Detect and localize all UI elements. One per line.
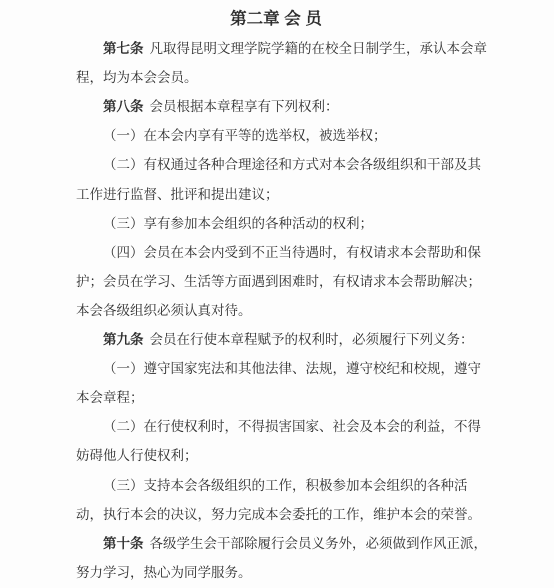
article-8-line1: 第八条会员根据本章程享有下列权利： [76, 92, 476, 121]
article-10-line1: 第十条各级学生会干部除履行会员义务外，必须做到作风正派， [76, 529, 476, 558]
article-8-item-4-line3: 本会各级组织必须认真对待。 [76, 296, 476, 325]
article-9-item-2-line2: 妨碍他人行使权利； [76, 441, 476, 470]
article-9-line1-text: 会员在行使本章程赋予的权利时，必须履行下列义务： [150, 332, 474, 347]
article-8-item-4-line1: （四）会员在本会内受到不正当待遇时，有权请求本会帮助和保 [76, 238, 476, 267]
document-page: 第二章 会 员 第七条凡取得昆明文理学院学籍的在校全日制学生，承认本会章 程，均… [0, 0, 554, 587]
article-8-item-4-line2: 护；会员在学习、生活等方面遇到困难时，有权请求本会帮助解决； [76, 267, 476, 296]
article-9-line1: 第九条会员在行使本章程赋予的权利时，必须履行下列义务： [76, 325, 476, 354]
article-9-item-1-line2: 本会章程； [76, 383, 476, 412]
article-8-number-label: 第八条 [103, 99, 150, 114]
article-9-item-3-line2: 动，执行本会的决议，努力完成本会委托的工作，维护本会的荣誉。 [76, 500, 476, 529]
chapter-heading: 第二章 会 员 [76, 5, 476, 34]
article-7-line2: 程，均为本会会员。 [76, 63, 476, 92]
article-7-number-label: 第七条 [103, 41, 150, 56]
article-7-line1-text: 凡取得昆明文理学院学籍的在校全日制学生，承认本会章 [150, 41, 488, 56]
article-10-number-label: 第十条 [103, 536, 150, 551]
article-9-item-1-line1: （一）遵守国家宪法和其他法律、法规，遵守校纪和校规，遵守 [76, 354, 476, 383]
article-8-item-1: （一）在本会内享有平等的选举权，被选举权； [76, 121, 476, 150]
article-8-item-2-line1: （二）有权通过各种合理途径和方式对本会各级组织和干部及其 [76, 150, 476, 179]
article-10-line2: 努力学习，热心为同学服务。 [76, 558, 476, 587]
article-10-line1-text: 各级学生会干部除履行会员义务外，必须做到作风正派， [150, 536, 488, 551]
article-7-line1: 第七条凡取得昆明文理学院学籍的在校全日制学生，承认本会章 [76, 34, 476, 63]
article-9-item-2-line1: （二）在行使权利时，不得损害国家、社会及本会的利益，不得 [76, 412, 476, 441]
article-9-item-3-line1: （三）支持本会各级组织的工作，积极参加本会组织的各种活 [76, 471, 476, 500]
article-8-item-2-line2: 工作进行监督、批评和提出建议； [76, 180, 476, 209]
article-9-number-label: 第九条 [103, 332, 150, 347]
article-8-line1-text: 会员根据本章程享有下列权利： [150, 99, 339, 114]
article-8-item-3: （三）享有参加本会组织的各种活动的权利； [76, 209, 476, 238]
